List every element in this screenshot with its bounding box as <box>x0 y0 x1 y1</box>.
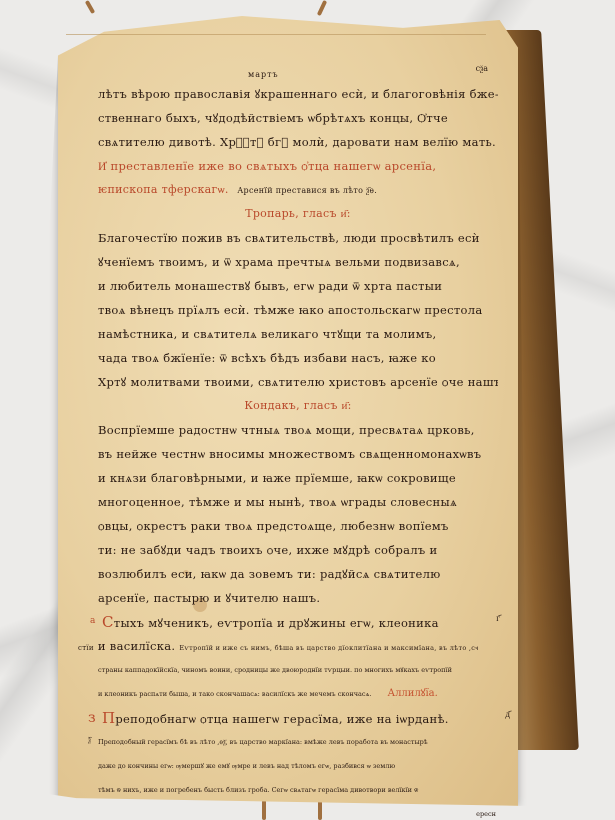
small-text-line: и клеоникъ распѧти быша, и тако скончаша… <box>98 682 498 706</box>
small-text: Еѵтропїй и иже съ нимъ, бѣша въ царство … <box>179 644 478 652</box>
commemoration-note: Арсенїй преставися въ лѣто ѯ҃ѳ. <box>237 186 377 195</box>
entry-title-text: реподобнагѡ ѻтца нашегѡ герасїма, иже на… <box>115 712 448 726</box>
entry-gerasimus: з Преподобнагѡ ѻтца нашегѡ герасїма, иже… <box>98 706 498 820</box>
page-header: мартъ сѯа <box>98 62 498 82</box>
troparion-line: и любитель монашествꙋ бывъ, егѡ ради ѿ х… <box>98 274 498 298</box>
margin-date: з <box>88 710 96 726</box>
troparion-line: ꙋченїемъ твоимъ, и ѿ храма пречтыѧ вельм… <box>98 250 498 274</box>
continuation-text: и василїска. <box>98 639 175 653</box>
troparion-heading: Тропарь, гласъ и҃: <box>98 202 498 226</box>
troparion-line: твоѧ вѣнецъ прїѧлъ есѝ. тѣмже ꙗко апосто… <box>98 298 498 322</box>
text-line: ственнаго быхъ, чꙋдодѣйствіемъ ѡбрѣтѧхъ … <box>98 106 498 130</box>
initial-letter: П <box>102 709 115 727</box>
margin-date: а <box>90 616 95 626</box>
kontakion-heading: Кондакъ, гласъ и҃: <box>98 394 498 418</box>
text-line: свѧтителю дивотѣ. Хрⷭ҇тꙋ бгꙋ молѝ, даров… <box>98 130 498 154</box>
kontakion-line: Воспрїемше радостнѡ чтныѧ твоѧ мощи, пре… <box>98 418 498 442</box>
margin-numeral: г҃ <box>496 614 500 624</box>
kontakion-line: и кнѧзи благовѣрными, и ꙗже прїемше, ꙗкѡ… <box>98 466 498 490</box>
kontakion-line: въ нейже честнѡ вносимы множествомъ свѧщ… <box>98 442 498 466</box>
continuation-margin: стїи <box>78 644 94 652</box>
small-text: и клеоникъ распѧти быша, и тако скончаша… <box>98 690 371 698</box>
folio-number: сѯа <box>476 64 488 73</box>
entry-continuation: стїи и василїска. Еѵтропїй и иже съ нимъ… <box>78 634 478 658</box>
entry-title-text: тыхъ мꙋченикъ, еѵтропїа и дрꙋжины егѡ, к… <box>114 616 439 630</box>
initial-letter: С <box>102 613 114 631</box>
troparion-line: намѣстника, и свѧтителѧ великаго чтꙋщи т… <box>98 322 498 346</box>
small-text-line: даже до кончины егѡ: ѹмершꙋ же емꙋ ѹмре … <box>98 754 498 778</box>
kontakion-line: арсенїе, пастырю и ꙋчителю нашъ. <box>98 586 498 610</box>
alleluia: Аллилꙋїа. <box>388 688 438 699</box>
commemoration-red: И҆ преставленїе иже во свѧтыхъ ѻ҆тца наш… <box>98 154 498 178</box>
entry-martyrs: а Стыхъ мꙋченикъ, еѵтропїа и дрꙋжины егѡ… <box>98 610 498 706</box>
commemoration-black: ѥпископа тферскагѡ. <box>98 183 229 196</box>
text-line: лѣтъ вѣрою православія ꙋкрашеннаго есѝ, … <box>98 82 498 106</box>
running-head: мартъ <box>248 70 279 79</box>
catchword: ересн <box>98 802 498 820</box>
small-margin: ѯ҃ <box>88 736 91 744</box>
small-text-line: Преподобный герасїмъ бѣ въ лѣто ,ѳѯ҃, въ… <box>98 730 498 754</box>
troparion-line: Благочестїю пожив въ свѧтительствѣ, люди… <box>98 226 498 250</box>
troparion-line: чада твоѧ бжїенїе: ѿ всѣхъ бѣдъ избави н… <box>98 346 498 370</box>
small-text-line: тѣмъ ѿ нихъ, иже и погребенъ бысть близъ… <box>98 778 498 802</box>
commemoration-line: ѥпископа тферскагѡ. Арсенїй преставися в… <box>98 178 498 202</box>
kontakion-line: ти: не забꙋди чадъ твоихъ ѻче, ихже мꙋдр… <box>98 538 498 562</box>
kontakion-line: многоценное, тѣмже и мы нынѣ, твоѧ ѡград… <box>98 490 498 514</box>
entry-title: Преподобнагѡ ѻтца нашегѡ герасїма, иже н… <box>98 706 498 730</box>
kontakion-line: возлюбилъ еси, ꙗкѡ да зовемъ ти: радꙋйсѧ… <box>98 562 498 586</box>
entry-title: Стыхъ мꙋченикъ, еѵтропїа и дрꙋжины егѡ, … <box>98 610 498 634</box>
small-text-line: страны каппадокїйскїа, чиномъ воини, сро… <box>98 658 498 682</box>
troparion-line: Хртꙋ молитвами твоими, свѧтителю христов… <box>98 370 498 394</box>
kontakion-line: ѻвцы, ѻкрестъ раки твоѧ предстоѧще, любе… <box>98 514 498 538</box>
page-content: мартъ сѯа лѣтъ вѣрою православія ꙋкрашен… <box>98 62 498 820</box>
margin-numeral: д҃ <box>505 710 510 720</box>
page-fold-line <box>66 22 486 35</box>
